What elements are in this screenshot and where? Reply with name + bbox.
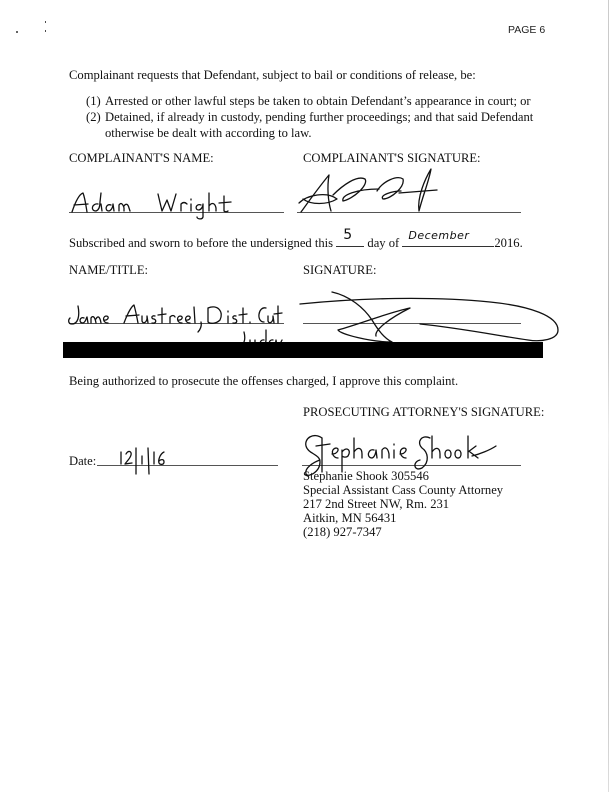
official-name-label: NAME/TITLE: xyxy=(69,263,148,278)
complainant-name-handwriting xyxy=(70,190,240,224)
scan-speck xyxy=(45,30,46,32)
attorney-street: 217 2nd Street NW, Rm. 231 xyxy=(303,497,449,512)
sworn-middle: day of xyxy=(367,236,399,250)
sworn-suffix: 2016. xyxy=(494,236,522,250)
attorney-name: Stephanie Shook 305546 xyxy=(303,469,429,484)
request-intro: Complainant requests that Defendant, sub… xyxy=(69,68,476,83)
attorney-city: Aitkin, MN 56431 xyxy=(303,511,396,526)
redaction-bar xyxy=(63,342,543,358)
list-item-2-number: (2) xyxy=(86,110,101,125)
list-item-1-text: Arrested or other lawful steps be taken … xyxy=(105,94,531,109)
list-item-2-text: Detained, if already in custody, pending… xyxy=(105,110,533,125)
complainant-signature-label: COMPLAINANT'S SIGNATURE: xyxy=(303,151,481,166)
official-signature-label: SIGNATURE: xyxy=(303,263,376,278)
complainant-name-label: COMPLAINANT'S NAME: xyxy=(69,151,214,166)
list-item-2-text-cont: otherwise be dealt with according to law… xyxy=(105,126,312,141)
complainant-signature-handwriting xyxy=(297,165,497,219)
sworn-day-handwriting: 5 xyxy=(343,227,352,243)
approval-statement: Being authorized to prosecute the offens… xyxy=(69,374,458,389)
sworn-statement: Subscribed and sworn to before the under… xyxy=(69,232,523,251)
document-page: PAGE 6 Complainant requests that Defenda… xyxy=(0,0,612,792)
sworn-month-handwriting: December xyxy=(408,229,469,242)
prosecutor-signature-label: PROSECUTING ATTORNEY'S SIGNATURE: xyxy=(303,405,544,420)
sworn-prefix: Subscribed and sworn to before the under… xyxy=(69,236,333,250)
date-handwriting xyxy=(118,446,178,480)
attorney-title: Special Assistant Cass County Attorney xyxy=(303,483,503,498)
list-item-1-number: (1) xyxy=(86,94,101,109)
attorney-phone: (218) 927-7347 xyxy=(303,525,382,540)
scan-speck xyxy=(45,21,46,23)
date-label: Date: xyxy=(69,454,96,469)
sworn-day-field: 5 xyxy=(336,232,364,247)
scan-page-edge xyxy=(608,0,609,792)
sworn-month-field: December xyxy=(402,232,494,247)
scan-speck xyxy=(16,31,18,33)
page-number: PAGE 6 xyxy=(508,24,545,36)
